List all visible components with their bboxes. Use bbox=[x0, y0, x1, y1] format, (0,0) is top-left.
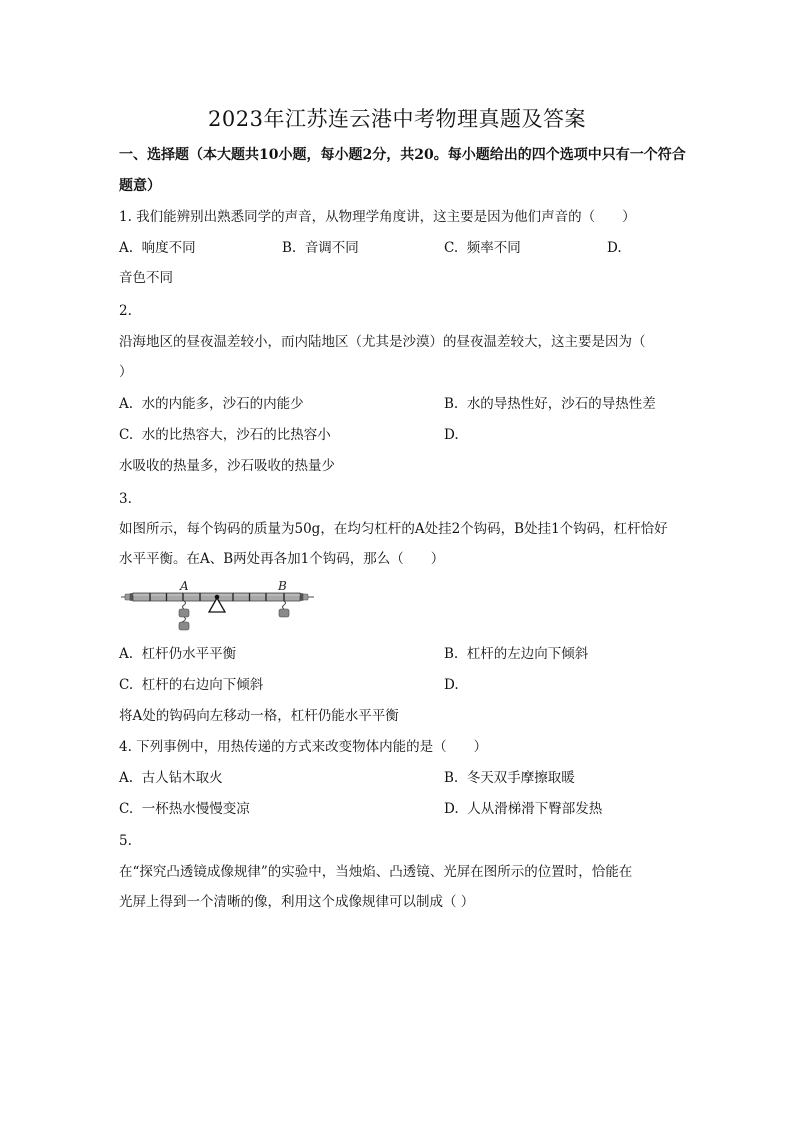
question-5-stem: 在“探究凸透镜成像规律”的实验中，当烛焰、凸透镜、光屏在图所示的位置时，恰能在 bbox=[119, 863, 632, 881]
q3-option-c: C. 杠杆的右边向下倾斜 bbox=[119, 676, 263, 694]
q4-option-c: C. 一杯热水慢慢变凉 bbox=[119, 800, 250, 818]
q3-option-a: A. 杠杆仍水平平衡 bbox=[119, 645, 236, 663]
q4-option-a: A. 古人钻木取火 bbox=[119, 769, 223, 787]
lever-diagram: A B bbox=[120, 576, 320, 636]
lever-end-cap-left bbox=[121, 594, 133, 601]
section-heading-cont: 题意） bbox=[119, 177, 161, 195]
option-text: 杠杆的左边向下倾斜 bbox=[467, 646, 589, 662]
option-text: 水的比热容大，沙石的比热容小 bbox=[142, 427, 331, 443]
option-label: A. bbox=[119, 770, 133, 786]
option-label: C. bbox=[119, 801, 133, 817]
hook-weights-a bbox=[179, 601, 189, 630]
option-text: 一杯热水慢慢变凉 bbox=[142, 801, 250, 817]
label-b: B bbox=[277, 579, 287, 593]
option-label: B. bbox=[444, 396, 458, 412]
question-3-stem: 如图所示，每个钩码的质量为50g，在均匀杠杆的A处挂2个钩码，B处挂1个钩码，杠… bbox=[119, 520, 668, 538]
document-page: 2023年江苏连云港中考物理真题及答案 一、选择题（本大题共10小题，每小题2分… bbox=[0, 0, 794, 1123]
question-3-stem-cont: 水平平衡。在A、B两处再各加1个钩码，那么（ ） bbox=[119, 550, 444, 568]
q2-option-c: C. 水的比热容大，沙石的比热容小 bbox=[119, 426, 331, 444]
question-3-number: 3. bbox=[119, 490, 132, 508]
option-label: C. bbox=[119, 677, 133, 693]
q3-option-b: B. 杠杆的左边向下倾斜 bbox=[444, 645, 588, 663]
option-text: 频率不同 bbox=[467, 240, 521, 256]
question-1-stem: 1. 我们能辨别出熟悉同学的声音，从物理学角度讲，这主要是因为他们声音的（ ） bbox=[119, 208, 636, 226]
option-label: A. bbox=[119, 240, 133, 256]
option-text: 杠杆仍水平平衡 bbox=[142, 646, 237, 662]
option-text: 水的内能多，沙石的内能少 bbox=[142, 396, 304, 412]
option-text: 杠杆的右边向下倾斜 bbox=[142, 677, 264, 693]
question-5-stem-cont: 光屏上得到一个清晰的像，利用这个成像规律可以制成（ ） bbox=[119, 893, 474, 911]
hook-weight-b bbox=[279, 601, 289, 617]
option-label: B. bbox=[444, 646, 458, 662]
option-text: 冬天双手摩擦取暖 bbox=[467, 770, 575, 786]
lever-end-cap-right bbox=[300, 594, 314, 601]
q1-option-d-text: 音色不同 bbox=[119, 269, 173, 287]
option-label: D. bbox=[444, 427, 459, 443]
option-label: B. bbox=[444, 770, 458, 786]
q1-option-d: D. bbox=[607, 239, 622, 257]
q3-option-d: D. bbox=[444, 676, 459, 694]
section-heading: 一、选择题（本大题共10小题，每小题2分，共20。每小题给出的四个选项中只有一个… bbox=[119, 146, 686, 164]
q2-option-b: B. 水的导热性好，沙石的导热性差 bbox=[444, 395, 656, 413]
q2-option-d: D. bbox=[444, 426, 459, 444]
option-label: B. bbox=[282, 240, 296, 256]
question-2-stem-cont: ） bbox=[119, 363, 133, 381]
q2-option-a: A. 水的内能多，沙石的内能少 bbox=[119, 395, 304, 413]
q3-option-d-text: 将A处的钩码向左移动一格，杠杆仍能水平平衡 bbox=[119, 707, 399, 725]
question-5-number: 5. bbox=[119, 832, 132, 850]
question-4-stem: 4. 下列事例中，用热传递的方式来改变物体内能的是（ ） bbox=[119, 738, 487, 756]
option-label: D. bbox=[444, 801, 459, 817]
option-text: 响度不同 bbox=[142, 240, 196, 256]
question-2-number: 2. bbox=[119, 302, 132, 320]
question-2-stem: 沿海地区的昼夜温差较小，而内陆地区（尤其是沙漠）的昼夜温差较大，这主要是因为（ bbox=[119, 333, 646, 351]
option-label: A. bbox=[119, 646, 133, 662]
q1-option-a: A. 响度不同 bbox=[119, 239, 196, 257]
label-a: A bbox=[179, 579, 189, 593]
option-label: C. bbox=[119, 427, 133, 443]
option-text: 音调不同 bbox=[305, 240, 359, 256]
option-label: D. bbox=[444, 677, 459, 693]
q1-option-b: B. 音调不同 bbox=[282, 239, 359, 257]
option-label: C. bbox=[444, 240, 458, 256]
q4-option-b: B. 冬天双手摩擦取暖 bbox=[444, 769, 575, 787]
q2-option-d-text: 水吸收的热量多，沙石吸收的热量少 bbox=[119, 457, 335, 475]
q4-option-d: D. 人从滑梯滑下臀部发热 bbox=[444, 800, 602, 818]
option-label: D. bbox=[607, 240, 622, 256]
document-title: 2023年江苏连云港中考物理真题及答案 bbox=[0, 105, 794, 133]
option-text: 古人钻木取火 bbox=[142, 770, 223, 786]
option-label: A. bbox=[119, 396, 133, 412]
q1-option-c: C. 频率不同 bbox=[444, 239, 521, 257]
option-text: 人从滑梯滑下臀部发热 bbox=[467, 801, 602, 817]
option-text: 水的导热性好，沙石的导热性差 bbox=[467, 396, 656, 412]
